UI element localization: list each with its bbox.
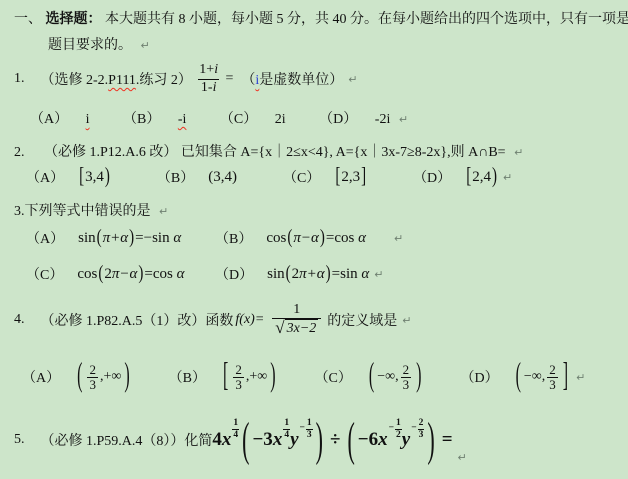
- division-sign: ÷: [330, 429, 340, 451]
- close-paren: ): [320, 226, 325, 249]
- close-paren: ): [316, 412, 323, 468]
- option-b-label: （B）: [215, 228, 252, 248]
- source-page-ref: P111: [108, 73, 136, 88]
- interval-post: ,+∞: [246, 369, 267, 385]
- paragraph-mark-icon: ↵: [458, 451, 467, 464]
- radical-sign: √: [275, 319, 284, 336]
- option-d-equation: sin(2π+α)=sin α: [267, 266, 369, 283]
- option-b-value: -i: [178, 112, 187, 127]
- exp-num: 1: [233, 418, 238, 428]
- open-bracket: [: [223, 358, 228, 396]
- trig-fn: sin: [78, 230, 96, 246]
- arg-vars: π−α: [293, 230, 319, 246]
- exponent-1-4: 14: [232, 418, 239, 440]
- paragraph-mark-icon: ↵: [374, 268, 383, 281]
- fraction-2-3: 23: [233, 363, 244, 391]
- exp-den: 2: [395, 429, 402, 440]
- open-paren: (: [516, 358, 521, 396]
- fraction-denominator: √3x−2: [272, 318, 321, 338]
- rhs-var: α: [173, 230, 181, 246]
- question-number: 2.: [14, 145, 25, 161]
- close-paren: ): [270, 358, 275, 396]
- term-4x: 4x14: [212, 429, 239, 451]
- question-1: 1. （选修 2-2.P111.练习 2） 1+i 1-i = （i是虚数单位）…: [14, 56, 358, 102]
- question-3-options-row2: （C） cos(2π−α)=cos α （D） sin(2π+α)=sin α …: [26, 258, 383, 290]
- question-1-options: （A） i （B） -i （C） 2i （D） -2i ↵: [30, 108, 408, 128]
- trig-fn: cos: [266, 230, 286, 246]
- question-3-options-row1: （A） sin(π+α)=−sin α （B） cos(π−α)=cos α ↵: [26, 222, 403, 254]
- open-paren: (: [347, 412, 354, 468]
- open-paren: (: [242, 412, 249, 468]
- fraction-1-over-sqrt: 1 √3x−2: [272, 302, 321, 338]
- fraction-numerator: 1: [293, 302, 300, 318]
- exp-sign: −: [411, 424, 416, 434]
- numerator: 2: [403, 363, 410, 377]
- paragraph-mark-icon: ↵: [348, 73, 357, 86]
- open-paren: (: [287, 226, 292, 249]
- option-c-label: （C）: [315, 367, 352, 387]
- radical: √3x−2: [275, 319, 318, 338]
- option-b-interval: (3,4): [208, 169, 237, 186]
- section-header-line1: 一、 选择题： 本大题共有 8 小题，每小题 5 分，共 40 分。在每小题给出…: [14, 8, 628, 28]
- option-c-interval: (−∞,23): [366, 363, 425, 391]
- question-stem: 已知集合 A={x｜2≤x<4}, A={x｜3x-7≥8-2x},则 A∩B=: [181, 145, 506, 160]
- term-neg6x: −6x−12y−23: [358, 429, 425, 451]
- arg-vars: π+α: [299, 266, 325, 282]
- document-page[interactable]: 一、 选择题： 本大题共有 8 小题，每小题 5 分，共 40 分。在每小题给出…: [0, 0, 628, 479]
- question-source: （必修 1.P82.A.5（1）改）: [41, 310, 206, 330]
- var-x: x: [378, 429, 388, 451]
- equals-sign: =: [442, 429, 453, 451]
- section-title: 选择题：: [46, 12, 102, 27]
- rhs-var: α: [361, 266, 369, 282]
- option-b: （B） cos(π−α)=cos α: [215, 228, 366, 248]
- close-paren: ): [427, 412, 434, 468]
- option-c-label: （C）: [283, 167, 320, 187]
- section-instructions: 本大题共有 8 小题，每小题 5 分，共 40 分。在每小题给出的四个选项中，只…: [105, 12, 628, 27]
- coef: −6: [358, 429, 378, 451]
- option-d-interval: [2,4): [465, 169, 498, 186]
- question-source: （必修 1.P59.A.4（8））: [41, 430, 185, 450]
- paragraph-mark-icon: ↵: [402, 314, 411, 327]
- den-var: i: [213, 80, 217, 95]
- note-open: （: [241, 73, 255, 88]
- question-4: 4. （必修 1.P82.A.5（1）改） 函数 f(x)= 1 √3x−2 的…: [14, 294, 412, 346]
- option-c: （C） cos(2π−α)=cos α: [26, 264, 215, 284]
- fraction-2-3: 23: [401, 363, 412, 391]
- fraction-1plusi-over-1minusi: 1+i 1-i: [198, 62, 220, 95]
- option-a-label: （A）: [26, 167, 64, 187]
- source-post: .练习 2）: [136, 73, 192, 88]
- exp-sign: −: [300, 424, 305, 434]
- rhs-fn: sin: [340, 266, 358, 282]
- option-c-equation: cos(2π−α)=cos α: [77, 266, 184, 283]
- radicand: 3x−2: [285, 319, 319, 338]
- option-d-label: （D）: [460, 367, 498, 387]
- rhs-fn: −sin: [144, 230, 170, 246]
- option-c-label: （C）: [26, 264, 63, 284]
- question-2-options: （A） [3,4) （B） (3,4) （C） [2,3] （D） [2,4) …: [26, 161, 512, 193]
- option-a-equation: sin(π+α)=−sin α: [78, 230, 181, 247]
- numerator: 2: [235, 363, 242, 377]
- num-text: 1+: [199, 62, 214, 77]
- paragraph-mark-icon: ↵: [399, 113, 408, 126]
- rhs-fn: cos: [334, 230, 354, 246]
- question-number: 4.: [14, 312, 25, 328]
- paragraph-mark-icon: ↵: [576, 371, 585, 384]
- simplify-expression: 4x14 ( −3x14y−13 ) ÷ ( −6x−12y−23 ) =: [212, 427, 452, 453]
- question-number: 5.: [14, 432, 25, 448]
- term-neg3x: −3x14y−13: [252, 429, 312, 451]
- exponent-neg-1-3: −13: [300, 418, 313, 440]
- paragraph-mark-icon: ↵: [141, 39, 150, 52]
- option-d-interval: (−∞,23]: [513, 363, 572, 391]
- arg-vars: π+α: [103, 230, 129, 246]
- open-paren: (: [98, 262, 103, 285]
- exponent-neg-1-2: −12: [389, 418, 402, 440]
- exp-den: 4: [232, 429, 239, 440]
- interval-body: 2,4: [472, 169, 491, 185]
- numerator: 2: [549, 363, 556, 377]
- interval-body: 2,3: [341, 169, 360, 185]
- section-instructions-cont: 题目要求的。: [48, 38, 132, 53]
- fraction-2-3: 23: [547, 363, 558, 391]
- trig-fn: cos: [77, 266, 97, 282]
- close-paren: ): [232, 169, 237, 185]
- interval-pre: −∞,: [377, 369, 398, 385]
- paragraph-mark-icon: ↵: [159, 205, 168, 218]
- numerator: 2: [89, 363, 96, 377]
- equals-sign: =: [332, 266, 340, 282]
- close-paren: ): [129, 226, 134, 249]
- section-header-line2: 题目要求的。 ↵: [48, 34, 150, 54]
- interval-pre: −∞,: [524, 369, 545, 385]
- fraction-2-3: 23: [87, 363, 98, 391]
- question-5: 5. （必修 1.P59.A.4（8）） 化简 4x14 ( −3x14y−13…: [14, 408, 467, 472]
- open-paren: (: [97, 226, 102, 249]
- coef: 4: [212, 429, 222, 451]
- option-a-label: （A）: [30, 112, 68, 127]
- source-pre: （选修 2-2.: [41, 73, 109, 88]
- rhs-var: α: [358, 230, 366, 246]
- open-bracket: [: [79, 164, 84, 190]
- option-d: （D） sin(2π+α)=sin α: [215, 264, 369, 284]
- option-d-value: -2i: [375, 112, 391, 127]
- option-d-label: （D）: [215, 264, 253, 284]
- section-numbering: 一、: [14, 12, 42, 27]
- option-b-label: （B）: [169, 367, 206, 387]
- num-var: i: [214, 62, 218, 77]
- option-c-interval: [2,3]: [334, 169, 367, 186]
- exp-den: 3: [418, 429, 425, 440]
- close-bracket: ): [492, 164, 497, 190]
- question-note: （i是虚数单位）: [241, 69, 343, 89]
- exponent-neg-2-3: −23: [411, 418, 424, 440]
- var-x: x: [222, 429, 232, 451]
- exp-den: 4: [283, 429, 290, 440]
- exp-num: 1: [396, 418, 401, 428]
- fraction-denominator: 1-i: [198, 79, 220, 96]
- open-paren: (: [77, 358, 82, 396]
- option-d-label: （D）: [319, 112, 357, 127]
- equals-sign: =: [225, 71, 233, 87]
- question-2: 2. （必修 1.P12.A.6 改） 已知集合 A={x｜2≤x<4}, A=…: [14, 141, 523, 161]
- den-text: 1-: [201, 80, 213, 95]
- var-y: y: [290, 429, 298, 451]
- interval-body: 3,4: [213, 169, 232, 185]
- var-y: y: [402, 429, 410, 451]
- option-a-interval: [3,4): [78, 169, 111, 186]
- exp-num: 2: [419, 418, 424, 428]
- rhs-var: α: [177, 266, 185, 282]
- note-rest: 是虚数单位）: [259, 73, 343, 88]
- denominator: 3: [401, 377, 412, 392]
- question-stem: 3.下列等式中错误的是: [14, 204, 151, 219]
- paragraph-mark-icon: ↵: [394, 232, 403, 245]
- equals-sign: =: [144, 266, 152, 282]
- arg-coef: 2: [104, 266, 112, 282]
- open-bracket: [: [466, 164, 471, 190]
- denominator: 3: [233, 377, 244, 392]
- question-4-options: （A） (23,+∞) （B） [23,+∞) （C） (−∞,23) （D） …: [22, 348, 585, 406]
- option-a-interval: (23,+∞): [74, 363, 133, 391]
- option-b-label: （B）: [123, 112, 160, 127]
- fraction-numerator: 1+i: [199, 62, 218, 78]
- rhs-fn: cos: [153, 266, 173, 282]
- coef: −3: [252, 429, 272, 451]
- exp-den: 3: [306, 429, 313, 440]
- option-c-value: 2i: [275, 112, 286, 127]
- open-paren: (: [369, 358, 374, 396]
- function-notation: f(x)=: [235, 312, 264, 328]
- exp-num: 1: [284, 418, 289, 428]
- option-b-interval: [23,+∞): [220, 363, 279, 391]
- question-source: （选修 2-2.P111.练习 2）: [41, 69, 192, 89]
- close-bracket: ]: [361, 164, 366, 190]
- exponent-1-4: 14: [283, 418, 290, 440]
- close-bracket: ]: [563, 358, 568, 396]
- equals-sign: =: [135, 230, 143, 246]
- trig-fn: sin: [267, 266, 285, 282]
- option-a: （A） sin(π+α)=−sin α: [26, 228, 215, 248]
- paragraph-mark-icon: ↵: [514, 146, 523, 159]
- denominator: 3: [87, 377, 98, 392]
- question-3: 3.下列等式中错误的是 ↵: [14, 200, 168, 220]
- close-paren: ): [416, 358, 421, 396]
- denominator: 3: [547, 377, 558, 392]
- question-source: （必修 1.P12.A.6 改）: [44, 145, 177, 160]
- option-b-equation: cos(π−α)=cos α: [266, 230, 366, 247]
- option-a-value: i: [86, 112, 90, 127]
- stem-pre: 函数: [205, 310, 233, 330]
- question-number: 1.: [14, 71, 25, 87]
- stem-post: 的定义域是: [327, 310, 397, 330]
- interval-post: ,+∞: [100, 369, 121, 385]
- option-a-label: （A）: [26, 228, 64, 248]
- close-paren: ): [138, 262, 143, 285]
- paragraph-mark-icon: ↵: [503, 171, 512, 184]
- open-bracket: [: [335, 164, 340, 190]
- close-paren: ): [326, 262, 331, 285]
- exp-num: 1: [307, 418, 312, 428]
- close-bracket: ): [105, 164, 110, 190]
- open-paren: (: [286, 262, 291, 285]
- option-a-label: （A）: [22, 367, 60, 387]
- interval-body: 3,4: [85, 169, 104, 185]
- arg-vars: π−α: [112, 266, 138, 282]
- close-paren: ): [124, 358, 129, 396]
- exp-sign: −: [389, 424, 394, 434]
- option-d-label: （D）: [413, 167, 451, 187]
- option-c-label: （C）: [220, 112, 257, 127]
- stem-pre: 化简: [184, 430, 212, 450]
- var-x: x: [273, 429, 283, 451]
- option-b-label: （B）: [157, 167, 194, 187]
